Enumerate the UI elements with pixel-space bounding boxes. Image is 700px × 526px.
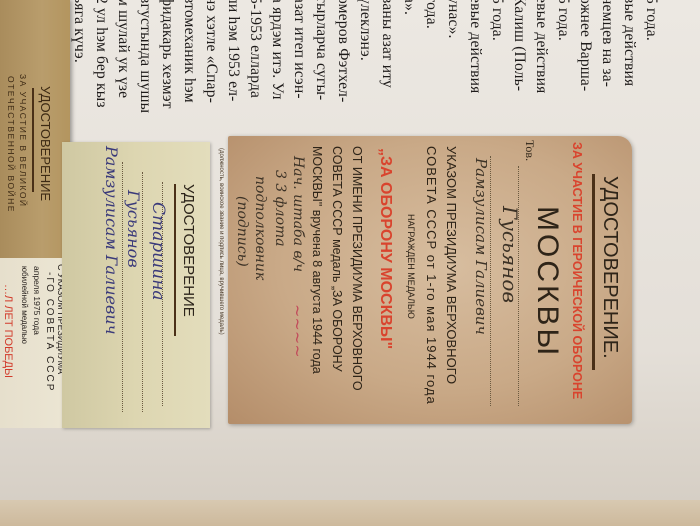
main-cert-rule <box>592 174 595 370</box>
main-cert-behalf-2: СОВЕТА СССР медаль „ЗА ОБОРОНУ <box>330 146 344 372</box>
old-cert-title: УДОСТОВЕРЕНИЕ <box>38 86 53 201</box>
text-line: ли hэм 1953 ел- <box>222 0 244 124</box>
main-cert-decree-1: УКАЗОМ ПРЕЗИДИУМА ВЕРХОВНОГО <box>444 146 459 384</box>
main-cert-footer: (должность, воинское звание и подпись ли… <box>218 148 224 335</box>
red-signature: ~~~~ <box>288 304 307 358</box>
main-cert-hand-sign-1: Нач. штаба в/ч <box>290 156 306 272</box>
old-cert-subtitle-1: ЗА УЧАСТИЕ В ВЕЛИКОЙ <box>18 74 28 208</box>
cream-hand-fullname: Рамзулисам Галиевич <box>102 146 121 335</box>
text-line: унас». <box>442 0 464 124</box>
text-line: вые действия <box>618 0 640 124</box>
text-line: немцев на за- <box>596 0 618 124</box>
text-line: ваны азат иту <box>376 0 398 124</box>
text-line: нэ хэтле «Спар- <box>200 0 222 124</box>
jubilee-line-2: -ГО СОВЕТА СССР <box>44 272 55 392</box>
text-line: азат итеп исэн- <box>288 0 310 124</box>
page-edge <box>0 500 700 526</box>
main-cert-behalf-1: ОТ ИМЕНИ ПРЕЗИДИУМА ВЕРХОВНОГО <box>350 146 364 391</box>
text-line: ожнее Варша- <box>574 0 596 124</box>
text-line: м шулай ук үзе <box>112 0 134 124</box>
main-cert-title: УДОСТОВЕРЕНИЕ. <box>598 176 621 359</box>
main-cert-hand-sign-2: 3 3 флота <box>272 170 288 247</box>
text-line: евые действия <box>464 0 486 124</box>
old-cert-subtitle-2: ОТЕЧЕСТВЕННОЙ ВОЙНЕ <box>6 76 16 213</box>
main-cert-hand-sign-3: подполковник <box>252 176 268 280</box>
text-line: Калиш (Поль- <box>508 0 530 124</box>
jubilee-line-4: юбилейной медалью <box>20 266 29 344</box>
dotted-line <box>490 156 491 406</box>
cream-certificate: УДОСТОВЕРЕНИЕ Старшина Гусьянов Рамзулис… <box>62 142 210 428</box>
text-line: а ярдэм итэ. Ул <box>266 0 288 124</box>
text-line: втомеханик hэм <box>178 0 200 124</box>
text-line: вгустында шушы <box>134 0 156 124</box>
main-cert-red-subtitle: ЗА УЧАСТИЕ В ГЕРОИЧЕСКОЙ ОБОРОНЕ <box>570 142 584 399</box>
main-cert-decree-2: СОВЕТА СССР от 1-го мая 1944 года <box>424 146 439 405</box>
text-line: тырларча сугы- <box>310 0 332 124</box>
jubilee-line-3: апреля 1975 года <box>32 266 42 335</box>
jubilee-certificate: С УКАЗОМ ПРЕЗИДИУМА -ГО СОВЕТА СССР апре… <box>0 258 70 428</box>
book-text-column: 5 года. вые действия немцев на за- ожнее… <box>64 0 700 124</box>
text-line: омеров Фэтхел- <box>332 0 354 124</box>
cream-hand-rank: Старшина <box>148 202 168 301</box>
cream-cert-title: УДОСТОВЕРЕНИЕ <box>180 184 197 317</box>
text-line: года. <box>420 0 442 124</box>
text-line: 2 ул hэм бер кыз <box>90 0 112 124</box>
main-cert-awarded: НАГРАЖДЕН МЕДАЛЬЮ <box>406 214 416 319</box>
text-line: 5 года. <box>486 0 508 124</box>
text-line: евые действия <box>530 0 552 124</box>
main-cert-hand-name-2: Рамзулисам Галиевич <box>472 158 490 335</box>
text-line: 5-1953 елларда <box>244 0 266 124</box>
dotted-line <box>122 162 123 412</box>
main-cert-city: МОСКВЫ <box>530 206 564 358</box>
old-certificate: УДОСТОВЕРЕНИЕ ЗА УЧАСТИЕ В ВЕЛИКОЙ ОТЕЧЕ… <box>0 0 70 258</box>
main-cert-hand-name-1: Гусьянов <box>498 206 522 303</box>
main-cert-medal-name: „ЗА ОБОРОНУ МОСКВЫ" <box>376 148 394 349</box>
main-cert-behalf-3: МОСКВЫ" вручена 8 августа 1944 года <box>310 146 324 374</box>
old-cert-rule <box>32 88 34 192</box>
text-line: фидакарь хезмэт <box>156 0 178 124</box>
text-line: 5 года. <box>552 0 574 124</box>
jubilee-red-title: …Л ЛЕТ ПОБЕДЫ <box>2 284 14 378</box>
main-cert-hand-sign-4: (подпись) <box>234 196 250 267</box>
text-line: үлеклэнэ. <box>354 0 376 124</box>
cream-cert-rule <box>174 184 176 336</box>
moscow-defence-certificate: УДОСТОВЕРЕНИЕ. ЗА УЧАСТИЕ В ГЕРОИЧЕСКОЙ … <box>228 136 632 424</box>
text-line: 5 года. <box>640 0 662 124</box>
main-cert-tov-label: Тов. <box>522 140 537 161</box>
cream-hand-surname: Гусьянов <box>124 190 143 268</box>
text-line: а». <box>398 0 420 124</box>
text-line: ьяга күчэ. <box>68 0 90 124</box>
